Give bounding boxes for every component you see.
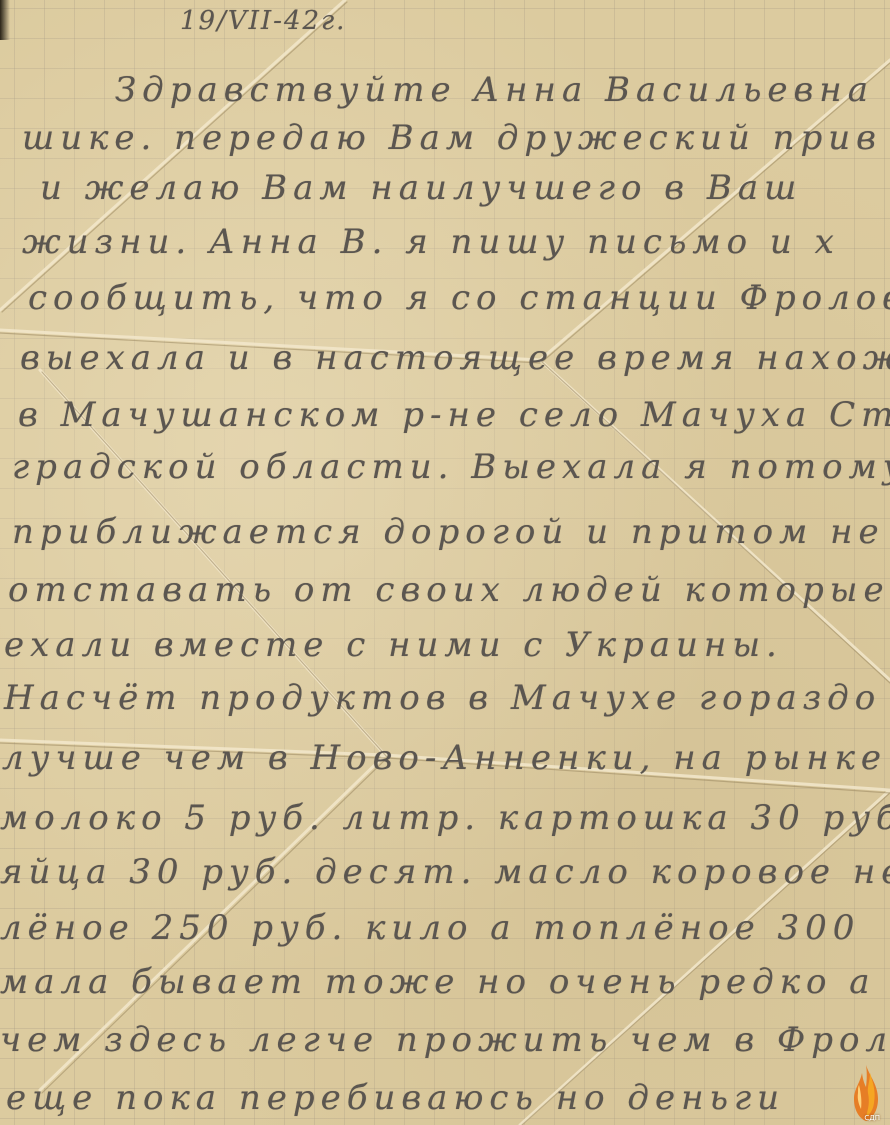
letter-date: 19/VII-42г.	[180, 6, 346, 36]
letter-body: 19/VII-42г. Здравствуйте Анна Васильевна…	[0, 0, 890, 1125]
letter-line: шике. передаю Вам дружеский прив	[22, 118, 882, 158]
letter-line: выехала и в настоящее время нахожусь	[20, 338, 890, 378]
letter-line: в Мачушанском р-не село Мачуха Ста	[18, 395, 890, 435]
letter-line: отставать от своих людей которые н	[8, 570, 890, 610]
letter-line: жизни. Анна В. я пишу письмо и х	[22, 222, 840, 262]
letter-line: яйца 30 руб. десят. масло коровое не топ	[0, 852, 890, 892]
letter-line: сообщить, что я со станции Фролов	[28, 278, 890, 318]
watermark-label: СДП	[864, 1114, 880, 1122]
letter-line: лёное 250 руб. кило а топлёное 300	[0, 908, 860, 948]
letter-line: градской области. Выехала я потому, ч	[12, 447, 890, 487]
letter-line: лучше чем в Ново-Анненки, на рынке	[2, 738, 887, 778]
letter-line: Насчёт продуктов в Мачухе гораздо	[4, 678, 881, 718]
letter-line: и желаю Вам наилучшего в Ваш	[40, 168, 802, 208]
letter-line: ехали вместе с ними с Украины.	[4, 625, 783, 665]
letter-line: молоко 5 руб. литр. картошка 30 руб. вед…	[0, 798, 890, 838]
letter-line: еще пока перебиваюсь но деньги	[6, 1078, 785, 1118]
letter-line: приближается дорогой и притом не хоте	[12, 512, 890, 552]
letter-line: мала бывает тоже но очень редко а во	[0, 962, 890, 1002]
letter-line: Здравствуйте Анна Васильевна (р	[115, 70, 890, 110]
letter-line: чем здесь легче прожить чем в Фролов	[0, 1020, 890, 1060]
